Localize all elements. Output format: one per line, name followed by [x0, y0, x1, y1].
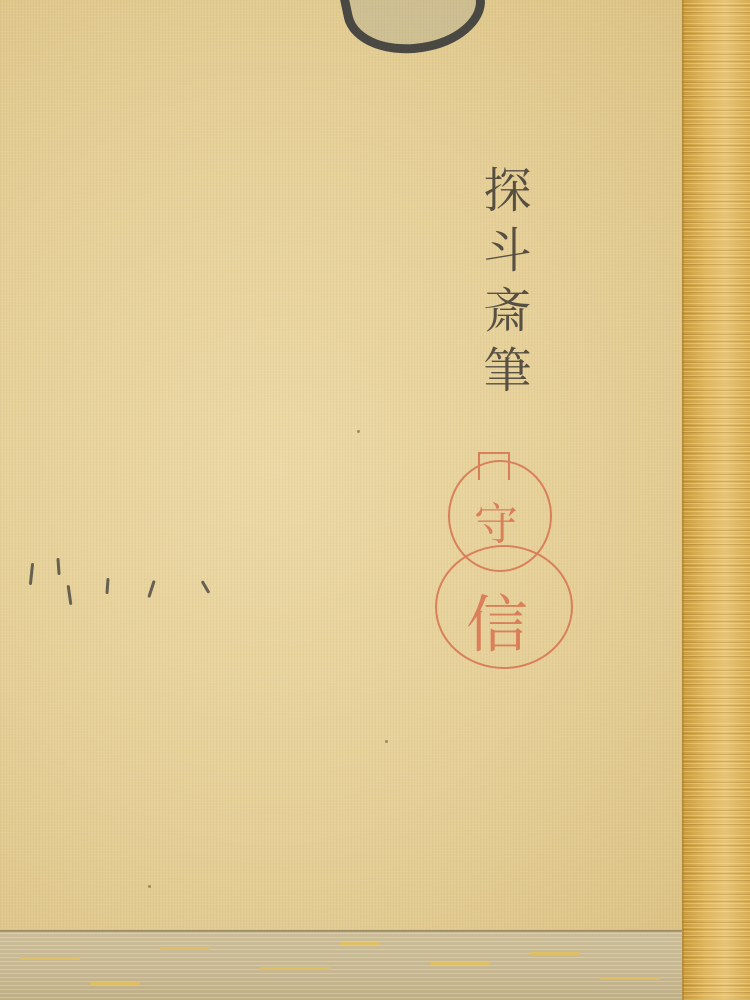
gold-motif: [600, 977, 660, 980]
bottom-brocade-mounting: [0, 930, 682, 1000]
artist-signature: 探斗斎筆: [468, 165, 538, 405]
gold-motif: [260, 967, 330, 970]
gold-motif: [20, 957, 80, 960]
right-brocade-mounting: [682, 0, 750, 1000]
gold-motif: [90, 982, 140, 985]
silk-speck: [357, 430, 360, 433]
gold-motif: [160, 947, 210, 950]
silk-speck: [148, 885, 151, 888]
seal-character-top: 守: [474, 488, 518, 552]
silk-speck: [385, 740, 388, 743]
seal-character-bottom: 信: [466, 575, 528, 664]
gold-motif: [530, 952, 580, 955]
gold-motif: [430, 962, 490, 965]
gold-motif: [340, 942, 380, 945]
silk-painting-surface: [0, 0, 682, 935]
